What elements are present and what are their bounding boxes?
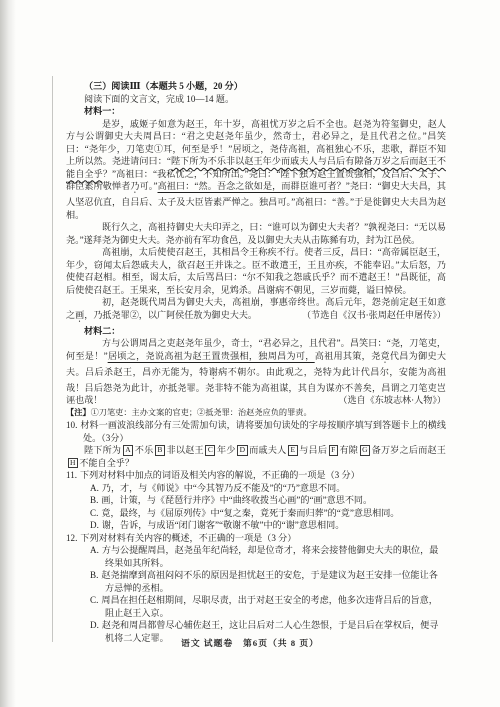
text-run: 竟 bbox=[380, 351, 389, 361]
question-10: 10.材料一画波浪线部分有三处需加句读，请将要加句读处的字母按顺序填写到答题卡上… bbox=[66, 419, 446, 469]
footnote-label: 【注】 bbox=[66, 408, 91, 417]
option-label: C. bbox=[90, 508, 98, 518]
text-run: 而戚夫人 bbox=[249, 445, 286, 455]
footnote-text: ①刀笔吏：主办文案的官吏；②抵尧罪：治赵尧应负的罪责。 bbox=[91, 408, 312, 417]
option-text: 谢，告诉，与成语“闭门谢客”“敬谢不敏”中的“谢”意思相同。 bbox=[102, 520, 344, 530]
question-10-stem: 10.材料一画波浪线部分有三处需加句读，请将要加句读处的字母按顺序填写到答题卡上… bbox=[66, 419, 446, 444]
material2-label: 材料二： bbox=[84, 325, 446, 338]
material1-paragraph-4: 初，赵尧既代周昌为御史大夫，高祖崩，事惠帝终世。高后元年，怨尧前定赵王如意之画，… bbox=[66, 296, 446, 325]
question-11-stem-text: 下列对材料中加点的词语及相关内容的解说，不正确的一项是（3 分） bbox=[80, 470, 360, 480]
text-run: 既行久之，高祖持御史大夫印弄之，曰：“谁可以为御史大夫者？”孰视尧曰：“无以易尧… bbox=[66, 222, 446, 245]
text-run: 非以赵王 bbox=[166, 445, 203, 455]
exam-page-scan: （三）阅读Ⅲ（本题共 5 小题，20 分） 阅读下面的文言文，完成 10—14 … bbox=[0, 0, 500, 707]
question-12-stem-text: 下列对材料有关内容的概述，不正确的一项是（3 分） bbox=[80, 533, 296, 543]
text-run: 居顷之，尧说高祖为赵王置贵强相，独周昌为可， bbox=[108, 351, 315, 361]
option-text: 周昌在担任赵相期间，尽职尽责，出于对赵王安全的考虑，他多次违背吕后的旨意，阻止赵… bbox=[101, 595, 437, 618]
text-run: 谢 bbox=[209, 367, 219, 377]
material1-citation: （节选自《汉书·张周赵任申屠传》） bbox=[266, 309, 446, 322]
question-11-option-d: D.谢，告诉，与成语“闭门谢客”“敬谢不敏”中的“谢”意思相同。 bbox=[90, 519, 446, 532]
exam-content: （三）阅读Ⅲ（本题共 5 小题，20 分） 阅读下面的文言文，完成 10—14 … bbox=[66, 80, 446, 644]
question-12-stem: 12.下列对材料有关内容的概述，不正确的一项是（3 分） bbox=[66, 532, 446, 545]
footnote-line: 【注】①刀笔吏：主办文案的官吏；②抵尧罪：治赵尧应负的罪责。 bbox=[66, 407, 446, 420]
text-run: 可。” bbox=[140, 181, 158, 191]
question-10-sentence: 陛下所为A不乐B非以赵王C年少D而戚夫人E与吕后F有隙G备万岁之后而赵王H不能自… bbox=[66, 444, 446, 469]
question-11-number: 11. bbox=[66, 470, 77, 480]
option-text: 竟，最终，与《屈原列传》中“复之秦，竟死于秦而归葬”的“竟”意思相同。 bbox=[101, 508, 399, 518]
text-run: ，乃抵尧罪②，以广阿侯任敖为御史大夫。 bbox=[84, 310, 257, 320]
material1-paragraph-3: 高祖崩，太后使使召赵王，其相昌令王称疾不行。使者三反，昌曰：“高帝属臣赵王，年少… bbox=[66, 246, 446, 296]
question-11-stem: 11.下列对材料中加点的词语及相关内容的解说，不正确的一项是（3 分） bbox=[66, 469, 446, 482]
section-instruction: 阅读下面的文言文，完成 10—14 题。 bbox=[84, 93, 446, 106]
option-label: C. bbox=[90, 595, 98, 605]
option-text: 画，计策，与《琵琶行并序》中“曲终收拨当心画”的“画”意思不同。 bbox=[101, 495, 372, 505]
material2-paragraph-1: 方与公谓周昌之吏赵尧年虽少，奇士，“君必异之，且代君”。昌笑曰：“尧，刀笔吏，何… bbox=[66, 337, 446, 407]
question-11: 11.下列对材料中加点的词语及相关内容的解说，不正确的一项是（3 分） A.乃，… bbox=[66, 469, 446, 532]
sentence-break-letter-box: D bbox=[237, 445, 247, 456]
question-12-option-a: A.方与公提醒周昌，赵尧虽年纪尚轻，却是位奇才，将来会接替他御史大夫的职位，最终… bbox=[90, 544, 446, 569]
option-text: 赵尧揣摩到高祖闷闷不乐的原因是担忧赵王的安危，于是建议为赵王安排一位能让各方忌惮… bbox=[101, 570, 437, 593]
question-12-option-b: B.赵尧揣摩到高祖闷闷不乐的原因是担忧赵王的安危，于是建议为赵王安排一位能让各方… bbox=[90, 569, 446, 594]
option-label: D. bbox=[90, 520, 99, 530]
text-run: 陛下所为 bbox=[84, 445, 121, 455]
question-11-option-c: C.竟，最终，与《屈原列传》中“复之秦，竟死于秦而归葬”的“竟”意思相同。 bbox=[90, 507, 446, 520]
material1-paragraph-2: 既行久之，高祖持御史大夫印弄之，曰：“谁可以为御史大夫者？”孰视尧曰：“无以易尧… bbox=[66, 221, 446, 246]
option-label: B. bbox=[90, 495, 98, 505]
page-footer: 语文 试题卷 第6页（共 8 页） bbox=[0, 636, 500, 649]
text-run: 高祖崩，太后使使召赵王，其相昌令王称疾不行。使者三反，昌曰：“高帝属臣赵王，年少… bbox=[66, 247, 446, 295]
option-label: A. bbox=[90, 545, 99, 555]
material1-paragraph-1: 是岁，戚姬子如意为赵王，年十岁，高祖忧万岁之后不全也。赵尧为符玺御史，赵人方与公… bbox=[66, 118, 446, 222]
material1-label: 材料一： bbox=[84, 105, 446, 118]
scan-fold-line bbox=[52, 76, 53, 642]
question-12: 12.下列对材料有关内容的概述，不正确的一项是（3 分） A.方与公提醒周昌，赵… bbox=[66, 532, 446, 645]
text-run: 年少 bbox=[217, 445, 236, 455]
text-run: 高祖用其策，尧 bbox=[315, 351, 381, 361]
text-run: 不能自全乎？ bbox=[79, 458, 134, 468]
text-run: 乃 bbox=[130, 181, 139, 191]
option-text: 乃，才，与《师说》中“今其智乃反不能及”的“乃”意思不同。 bbox=[102, 483, 346, 493]
sentence-break-letter-box: F bbox=[329, 445, 338, 456]
question-11-option-b: B.画，计策，与《琵琶行并序》中“曲终收拨当心画”的“画”意思不同。 bbox=[90, 494, 446, 507]
text-run: 备万岁之后而赵王 bbox=[372, 445, 446, 455]
section-title: （三）阅读Ⅲ（本题共 5 小题，20 分） bbox=[84, 80, 446, 93]
text-run: 与吕后 bbox=[299, 445, 327, 455]
sentence-break-letter-box: E bbox=[288, 445, 298, 456]
option-label: A. bbox=[90, 483, 99, 493]
option-label: B. bbox=[90, 570, 98, 580]
text-run: 有隙 bbox=[339, 445, 358, 455]
sentence-break-letter-box: A bbox=[123, 445, 133, 456]
sentence-break-letter-box: H bbox=[68, 458, 78, 469]
question-11-option-a: A.乃，才，与《师说》中“今其智乃反不能及”的“乃”意思不同。 bbox=[90, 482, 446, 495]
question-12-option-c: C.周昌在担任赵相期间，尽职尽责，出于对赵王安全的考虑，他多次违背吕后的旨意，阻… bbox=[90, 594, 446, 619]
question-12-number: 12. bbox=[66, 533, 77, 543]
text-run: 不乐 bbox=[135, 445, 154, 455]
sentence-break-letter-box: B bbox=[155, 445, 165, 456]
scan-edge-shadow bbox=[0, 0, 16, 707]
material2-citation: （选自《东坡志林·人物》） bbox=[302, 394, 446, 407]
sentence-break-letter-box: G bbox=[360, 445, 370, 456]
text-run: 画 bbox=[75, 310, 84, 320]
option-text: 方与公提醒周昌，赵尧虽年纪尚轻，却是位奇才，将来会接替他御史大夫的职位，最终果如… bbox=[102, 545, 438, 568]
question-10-stem-text: 材料一画波浪线部分有三处需加句读，请将要加句读处的字母按顺序填写到答题卡上的横线… bbox=[80, 420, 446, 443]
question-10-number: 10. bbox=[66, 420, 77, 430]
option-label: D. bbox=[90, 620, 99, 630]
sentence-break-letter-box: C bbox=[205, 445, 215, 456]
text-run: 高祖曰：“然。吾念之欲如是，而群臣谁可者？” bbox=[158, 181, 350, 191]
